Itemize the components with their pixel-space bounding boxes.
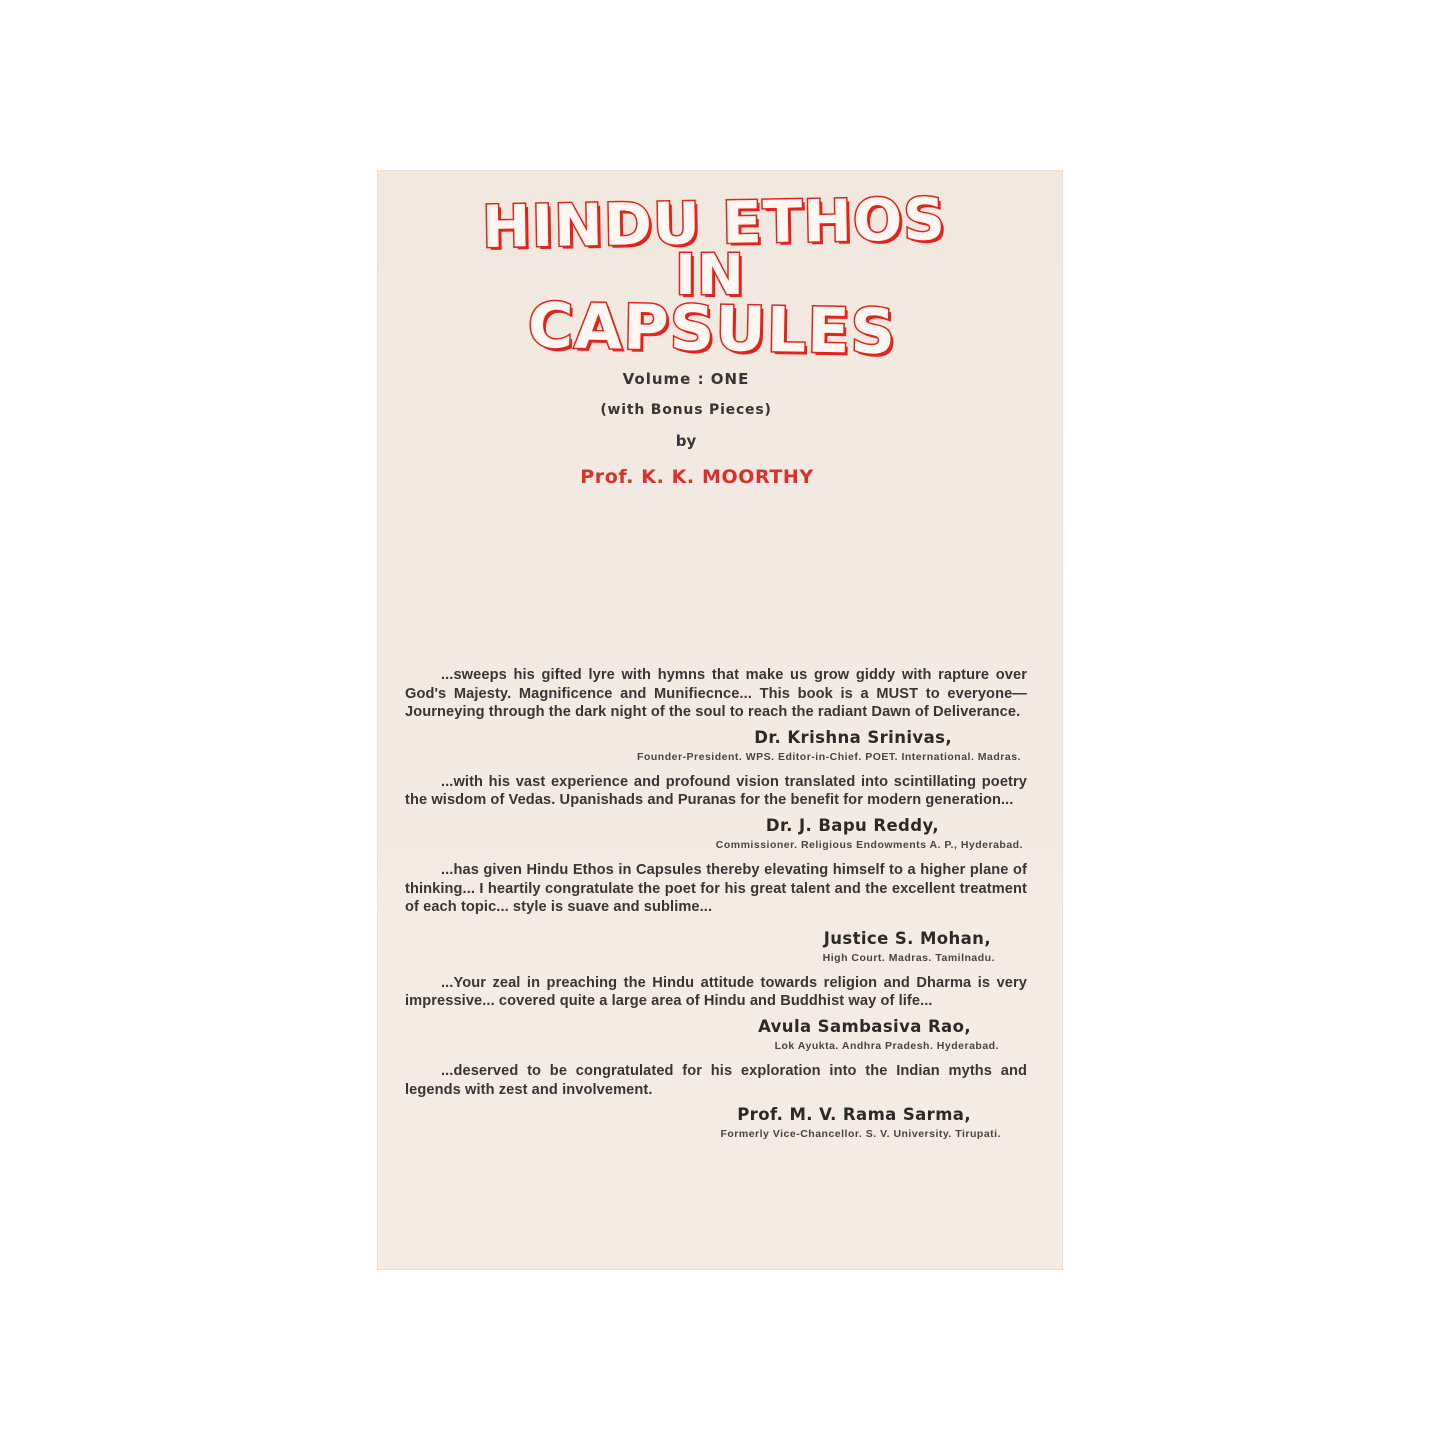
book-title: HINDU ETHOS IN CAPSULES [377,194,1063,360]
title-line-3: CAPSULES [369,292,1056,366]
review-quote: ...sweeps his gifted lyre with hymns tha… [405,666,1027,722]
review-quote: ...deserved to be congratulated for his … [405,1062,1027,1099]
reviewer-designation: Lok Ayukta. Andhra Pradesh. Hyderabad. [405,1040,1027,1052]
review-item: ...sweeps his gifted lyre with hymns tha… [405,666,1027,763]
reviewer-designation: Commissioner. Religious Endowments A. P.… [405,839,1027,851]
reviewer-designation: High Court. Madras. Tamilnadu. [405,952,1027,964]
review-quote: ...has given Hindu Ethos in Capsules the… [405,861,1027,917]
review-quote: ...Your zeal in preaching the Hindu atti… [405,974,1027,1011]
reviewer-name: Dr. Krishna Srinivas, [405,728,1027,747]
review-item: ...with his vast experience and profound… [405,773,1027,851]
reviewer-name: Prof. M. V. Rama Sarma, [405,1105,1027,1124]
reviewer-name: Dr. J. Bapu Reddy, [405,816,1027,835]
review-item: ...Your zeal in preaching the Hindu atti… [405,974,1027,1052]
reviewer-name: Justice S. Mohan, [405,929,1027,948]
edition-note: (with Bonus Pieces) [343,402,1029,418]
reviewer-name: Avula Sambasiva Rao, [405,1017,1027,1036]
reviewer-designation: Founder-President. WPS. Editor-in-Chief.… [405,751,1027,763]
review-item: ...deserved to be congratulated for his … [405,1062,1027,1140]
author-name: Prof. K. K. MOORTHY [354,466,1040,488]
reviewer-designation: Formerly Vice-Chancellor. S. V. Universi… [405,1128,1027,1140]
volume-label: Volume : ONE [343,370,1029,388]
by-label: by [343,432,1029,450]
book-title-page: HINDU ETHOS IN CAPSULES Volume : ONE (wi… [377,170,1063,1270]
review-quote: ...with his vast experience and profound… [405,773,1027,810]
review-item: ...has given Hindu Ethos in Capsules the… [405,861,1027,964]
review-list: ...sweeps his gifted lyre with hymns tha… [405,666,1027,1150]
